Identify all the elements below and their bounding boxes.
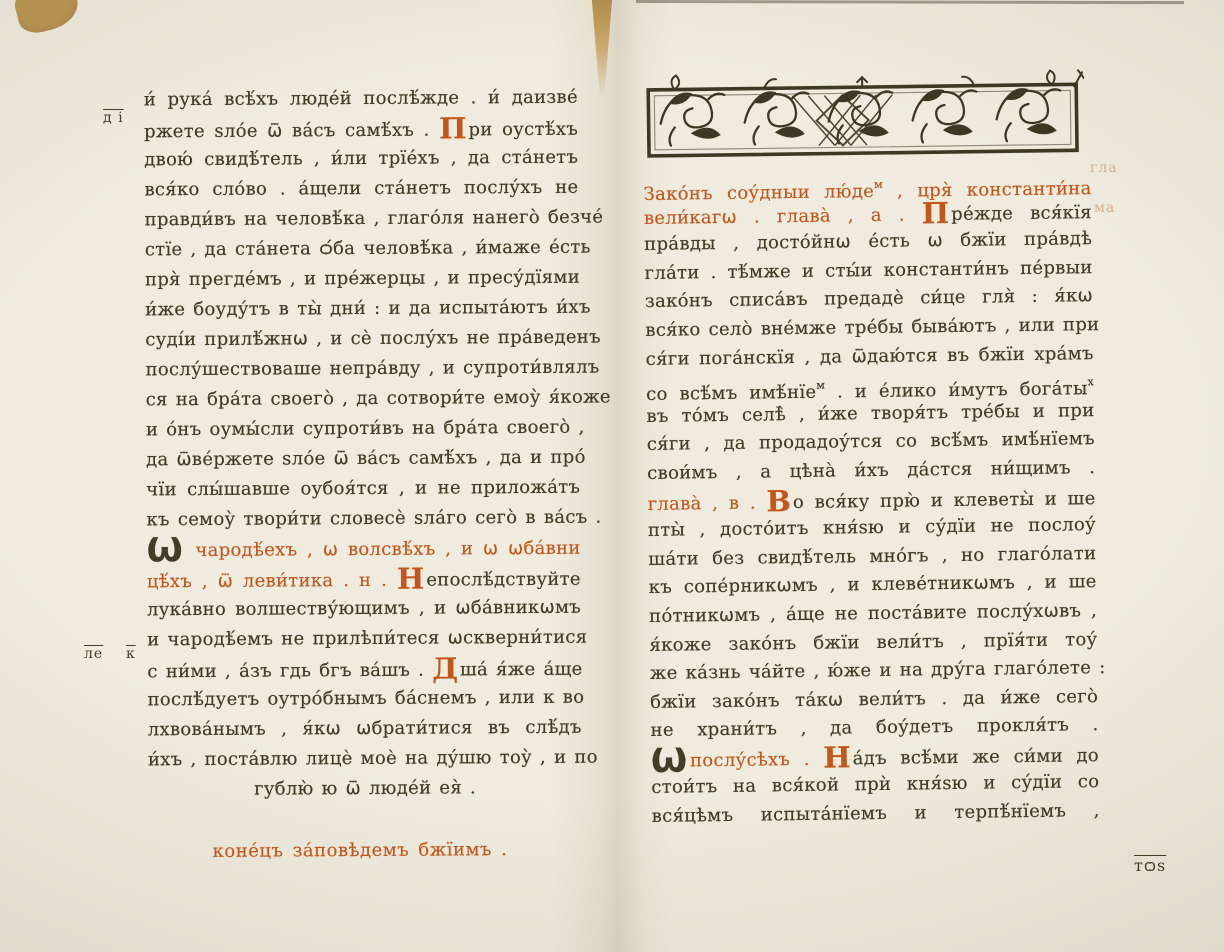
text-segment: ша́ти без свидѣ́тель мно́гъ , но глаго́л… xyxy=(648,543,1096,570)
right-page-text: Зако́нъ соу́дныи лю́дем , цря̀ константи… xyxy=(643,168,1100,831)
text-segment: къ семоу̀ твори́ти словесѐ ѕла́го сего̀ … xyxy=(146,507,601,531)
text-segment: ся́ги , да продадоу́тся со всѣ́мъ имѣ́нї… xyxy=(647,428,1095,455)
text-segment: стои́тъ на вся́кой прѝ кня́ѕю и су́дїи с… xyxy=(651,772,1099,799)
text-segment: ся́ги пога́нскїя , да ѿдаю́тся въ бжїи х… xyxy=(646,343,1094,370)
right-page: Зако́нъ соу́дныи лю́дем , цря̀ константи… xyxy=(642,68,1100,831)
left-page-text: и́ рука́ всѣ́хъ люде́й послѣ́жде . и́ да… xyxy=(144,83,582,806)
text-segment: послѣ́дуетъ оутро́бнымъ ба́снемъ , или к… xyxy=(147,687,584,711)
text-segment: и́хъ , поста́влю лицѐ моѐ на ду́шю тоу̀ … xyxy=(148,747,598,771)
text-segment: Н xyxy=(823,740,851,774)
margin-note: ма xyxy=(1094,200,1115,216)
text-segment: двою́ свидѣ́тель , и́ли трїе́хъ , да ста… xyxy=(144,147,578,171)
text-segment: В xyxy=(766,484,791,518)
text-line: цѣ́хъ , ѿ леви́тика . н . Непослѣ́дствуй… xyxy=(147,563,581,596)
text-line: къ семоу̀ твори́ти словесѐ ѕла́го сего̀ … xyxy=(146,503,580,536)
text-segment: Ѡ xyxy=(147,530,183,569)
margin-note: д і xyxy=(103,110,124,126)
text-segment: и́ рука́ всѣ́хъ люде́й послѣ́жде . и́ да… xyxy=(144,87,578,111)
text-segment: правди́въ на человѣ́ка , глаго́ля нанего… xyxy=(145,207,604,231)
text-segment: къ сопе́рникѡмъ , и клеве́тникѡмъ , и ше xyxy=(649,571,1097,598)
margin-note: ле xyxy=(84,646,103,662)
page-corner-stain xyxy=(11,0,82,37)
text-segment: а́дъ всѣ́ми же си́ми до xyxy=(853,745,1100,769)
text-line: и о́нъ оумы́сли супроти́въ на бра́та сво… xyxy=(146,413,580,446)
text-segment: о вся́ку прю̀ и клеветы̀ и ше xyxy=(793,488,1096,513)
text-segment: и́же боуду́тъ в ты̀ дни́ : и да испыта́ю… xyxy=(145,297,591,321)
book-spread: д і ле к и́ рука́ всѣ́хъ люде́й послѣ́жд… xyxy=(0,0,1224,952)
text-segment: бжїи зако́нъ та́кѡ вели́тъ . да и́же сег… xyxy=(650,686,1098,713)
text-segment: с ни́ми , а́зъ гдь бгъ ва́шъ . xyxy=(147,660,432,683)
text-line: суді́и прилѣ́жнѡ , и сѐ послу́хъ не пра́… xyxy=(145,323,579,356)
text-segment: послу́шествоваше непра́вду , и супроти́в… xyxy=(145,357,599,381)
text-segment: ша́ я́же а́ще xyxy=(460,659,583,681)
text-segment: и о́нъ оумы́сли супроти́въ на бра́та сво… xyxy=(146,417,585,441)
text-segment: да ѿве́ржете ѕло́е ѿ ва́съ самѣ́хъ , да … xyxy=(146,447,586,471)
text-line: гублю̀ ю ѿ люде́й ея̀ . xyxy=(148,773,582,806)
text-segment: гублю̀ ю ѿ люде́й ея̀ . xyxy=(254,777,476,799)
text-segment: послу́сѣхъ . xyxy=(690,749,823,772)
text-segment: П xyxy=(439,111,467,145)
text-line: правди́въ на человѣ́ка , глаго́ля нанего… xyxy=(145,203,579,236)
text-segment: пра́вды , досто́йнѡ е́сть ѡ бжїи пра́вдѣ xyxy=(644,228,1092,255)
colophon: коне́цъ за́повѣдемъ бжїимъ . xyxy=(150,839,570,863)
text-segment: цѣ́хъ , ѿ леви́тика . н . xyxy=(147,570,397,593)
text-segment: стїе , да ста́нета ѻ́ба человѣ́ка , и́ма… xyxy=(145,237,591,261)
text-segment: ре́жде вся́кїя xyxy=(951,202,1092,225)
text-segment: зако́нъ списа́въ предадѐ си́це гля̀ : я́… xyxy=(645,285,1093,312)
text-line: ржете ѕло́е ѿ ва́съ самѣ́хъ . При оустѣ́… xyxy=(144,113,578,146)
text-segment: Д xyxy=(432,651,458,685)
text-line: пря̀ прегде́мъ , и пре́жерцы , и пресу́д… xyxy=(145,263,579,296)
text-segment: гла́ти . тѣ́мже и сты́и константи́нъ пе́… xyxy=(644,257,1092,284)
text-segment: и чародѣ́емъ не прилѣпи́теся ѡскверни́ти… xyxy=(147,627,587,651)
text-line: вся́цѣмъ испыта́нїемъ и терпѣ́нїемъ , xyxy=(652,797,1100,831)
text-segment: же ка́знь ча́йте , ю́же и на дру́га глаг… xyxy=(650,657,1106,684)
text-segment: въ то́мъ селѣ̀ , и́же творя́тъ тре́бы и … xyxy=(646,400,1094,427)
text-segment: чїи слы́шавше оубоя́тся , и не приложа́т… xyxy=(146,477,580,501)
margin-note: гла xyxy=(1090,160,1118,176)
text-line: Ѡ чародѣ́ехъ , ѡ волсвѣ́хъ , и ѡ ѡба́вни xyxy=(147,533,581,566)
text-segment: глава̀ , в . xyxy=(647,492,766,515)
text-segment: вся́ко сло́во . а́щели ста́нетъ послу́хъ… xyxy=(144,177,578,201)
text-line: чїи слы́шавше оубоя́тся , и не приложа́т… xyxy=(146,473,580,506)
text-segment: лхвова́нымъ , я́кѡ ѡбрати́тися въ слѣ́дъ xyxy=(148,717,582,741)
text-line: с ни́ми , а́зъ гдь бгъ ва́шъ . Дша́ я́же… xyxy=(147,653,581,686)
text-line: и́хъ , поста́влю лицѐ моѐ на ду́шю тоу̀ … xyxy=(148,743,582,776)
text-line: двою́ свидѣ́тель , и́ли трїе́хъ , да ста… xyxy=(144,143,578,176)
text-segment: не храни́тъ , да боу́детъ прокля́тъ . xyxy=(650,714,1098,741)
text-segment: чародѣ́ехъ , ѡ волсвѣ́хъ , и ѡ ѡба́вни xyxy=(186,538,581,561)
text-segment: ся на бра́та своего̀ , да сотвори́те емо… xyxy=(146,386,611,410)
text-segment: вся́ко село̀ вне́мже тре́бы быва́ютъ , и… xyxy=(645,314,1099,341)
text-segment: пря̀ прегде́мъ , и пре́жерцы , и пресу́д… xyxy=(145,267,580,291)
text-segment: ри оустѣ́хъ xyxy=(468,119,578,141)
text-line: ся на бра́та своего̀ , да сотвори́те емо… xyxy=(146,383,580,416)
text-line: лхвова́нымъ , я́кѡ ѡбрати́тися въ слѣ́дъ xyxy=(148,713,582,746)
text-segment: вся́цѣмъ испыта́нїемъ и терпѣ́нїемъ , xyxy=(652,800,1100,827)
folio-number: тѻѕ xyxy=(1134,856,1166,875)
text-line: вся́ко сло́во . а́щели ста́нетъ послу́хъ… xyxy=(144,173,578,206)
text-line: и́же боуду́тъ в ты̀ дни́ : и да испыта́ю… xyxy=(145,293,579,326)
text-line: послу́шествоваше непра́вду , и супроти́в… xyxy=(145,353,579,386)
margin-note: к xyxy=(126,646,136,662)
text-segment: х xyxy=(1087,375,1094,388)
text-segment: П xyxy=(922,196,950,230)
headpiece-ornament xyxy=(644,68,1085,170)
text-segment: вели́кагѡ . глава̀ , а . xyxy=(644,204,922,229)
text-line: лука́вно волшеству́ющимъ , и ѡба́вникѡмъ xyxy=(147,593,581,626)
text-segment: м xyxy=(816,379,825,392)
text-line: и́ рука́ всѣ́хъ люде́й послѣ́жде . и́ да… xyxy=(144,83,578,116)
text-segment: по́тникѡмъ , а́ще не поста́вите послу́хѡ… xyxy=(649,600,1097,627)
text-line: да ѿве́ржете ѕло́е ѿ ва́съ самѣ́хъ , да … xyxy=(146,443,580,476)
text-line: послѣ́дуетъ оутро́бнымъ ба́снемъ , или к… xyxy=(147,683,581,716)
text-line: и чародѣ́емъ не прилѣпи́теся ѡскверни́ти… xyxy=(147,623,581,656)
text-segment: Н xyxy=(397,562,425,596)
text-segment: епослѣ́дствуйте xyxy=(426,569,581,591)
text-segment: я́коже зако́нъ бжїи вели́тъ , прїя́ти то… xyxy=(649,629,1097,656)
text-segment: пты̀ , досто́итъ кня́ѕю и су́дїи не посл… xyxy=(648,514,1096,541)
text-segment: ржете ѕло́е ѿ ва́съ самѣ́хъ . xyxy=(144,120,439,143)
text-line: стїе , да ста́нета ѻ́ба человѣ́ка , и́ма… xyxy=(145,233,579,266)
text-segment: суді́и прилѣ́жнѡ , и сѐ послу́хъ не пра́… xyxy=(145,327,601,351)
text-segment: лука́вно волшеству́ющимъ , и ѡба́вникѡмъ xyxy=(147,597,581,621)
text-segment: свои́мъ , а цѣна̀ и́хъ да́стся ни́щимъ . xyxy=(647,457,1095,484)
page-top-edge xyxy=(636,0,1184,4)
